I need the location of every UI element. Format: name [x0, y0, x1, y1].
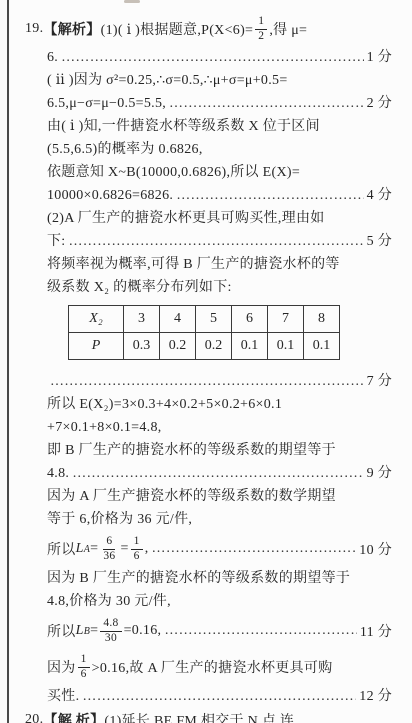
solution-line: 10000×0.6826=6826. …………………………………………………………	[47, 184, 392, 207]
question-number: 19.	[25, 21, 43, 37]
line-text: 所以	[47, 621, 76, 641]
solution-line: 因为 A 厂生产搪瓷水杯的等级系数的数学期望	[47, 485, 392, 508]
line-text: ,	[145, 541, 149, 557]
table-cell: 0.3	[124, 333, 160, 360]
table-cell: 0.1	[232, 333, 268, 360]
fraction-numerator: 1	[78, 653, 90, 668]
solution-line: 由( ⅰ )知,一件搪瓷水杯等级系数 X 位于区间	[47, 115, 392, 138]
dot-leader: ……………………………………………………………………………………………………	[61, 46, 363, 69]
solution-line: 级系数 X₂ 的概率分布列如下:	[47, 276, 392, 299]
table-cell: 4	[160, 306, 196, 333]
solution-line: 即 B 厂生产的搪瓷水杯的等级系数的期望等于	[47, 439, 392, 462]
equals-sign: =	[90, 541, 98, 557]
solution-line: 6. ……………………………………………………………………………………………………	[47, 46, 392, 69]
table-cell: 0.1	[268, 333, 304, 360]
score-marker: 2 分	[367, 92, 392, 115]
dot-leader: ……………………………………………………………………………………………………	[176, 184, 363, 207]
dot-leader: ……………………………………………………………………………………………………	[152, 541, 357, 557]
fraction-denominator: 6	[78, 668, 90, 682]
solution-line: 所以 LA = 6 36 = 1 6 , ……………………………………………………	[47, 531, 392, 567]
line-text: (1)延长 BE,FM 相交于 N 点,连	[104, 710, 294, 723]
probability-distribution-table: X₂ 3 4 5 6 7 8 P 0.3 0.2 0.2 0.1 0.1 0.1	[68, 305, 340, 360]
score-marker: 10 分	[359, 539, 392, 559]
table-cell: 0.2	[196, 333, 232, 360]
solution-line: 4.8. ………………………………………………………………………………………………	[47, 462, 392, 485]
solution-line: …………………………………………………………………………………………………… 7…	[47, 370, 392, 393]
line-text: >0.16,故 A 厂生产的搪瓷水杯更具可购	[92, 657, 333, 677]
table-row-x2: X₂ 3 4 5 6 7 8	[69, 306, 340, 333]
fraction-denominator: 6	[131, 550, 143, 564]
variable: L	[76, 541, 84, 557]
solution-line: 下: ……………………………………………………………………………………………………	[47, 230, 392, 253]
table-row-p: P 0.3 0.2 0.2 0.1 0.1 0.1	[69, 333, 340, 360]
equals-sign: =	[120, 541, 128, 557]
equals-sign: =	[90, 623, 98, 639]
table-cell: 0.2	[160, 333, 196, 360]
line-text: 所以	[47, 539, 76, 559]
analysis-tag: 【解析】	[43, 19, 100, 39]
solution-line: 等于 6,价格为 36 元/件,	[47, 508, 392, 531]
fraction-numerator: 1	[255, 15, 267, 30]
dot-leader: ……………………………………………………………………………………………………	[72, 462, 363, 485]
table-cell: X₂	[69, 306, 124, 333]
line-text: 6.	[47, 46, 58, 69]
dot-leader: ……………………………………………………………………………………………………	[82, 685, 356, 708]
line-text: 下:	[47, 230, 66, 253]
fraction: 6 36	[100, 535, 118, 564]
solution-line: 所以 E(X₂)=3×0.3+4×0.2+5×0.2+6×0.1	[47, 393, 392, 416]
score-marker: 9 分	[367, 462, 392, 485]
solution-19-block: 19. 【解析】 (1)( ⅰ )根据题意,P(X<6)= 1 2 ,得 μ= …	[0, 0, 412, 723]
fraction: 1 6	[78, 653, 90, 682]
line-text: =0.16,	[124, 623, 162, 639]
fraction-denominator: 36	[100, 550, 118, 564]
analysis-tag: 【解 析】	[43, 710, 104, 723]
variable: L	[76, 623, 84, 639]
table-cell: 6	[232, 306, 268, 333]
solution-line: 因为 B 厂生产的搪瓷水杯的等级系数的期望等于	[47, 567, 392, 590]
fraction-numerator: 1	[131, 535, 143, 550]
score-marker: 4 分	[367, 184, 392, 207]
fraction: 4.8 30	[100, 617, 121, 646]
scanned-solution-page: 19. 【解析】 (1)( ⅰ )根据题意,P(X<6)= 1 2 ,得 μ= …	[0, 0, 412, 723]
fraction-denominator: 30	[102, 632, 120, 646]
table-cell: 5	[196, 306, 232, 333]
fraction-numerator: 6	[103, 535, 115, 550]
solution-line: +7×0.1+8×0.1=4.8,	[47, 416, 392, 439]
dot-leader: ……………………………………………………………………………………………………	[50, 370, 364, 393]
table-cell: 8	[304, 306, 340, 333]
solution-line: (2)A 厂生产的搪瓷水杯更具可购买性,理由如	[47, 207, 392, 230]
dot-leader: ……………………………………………………………………………………………………	[69, 230, 364, 253]
solution-line: 19. 【解析】 (1)( ⅰ )根据题意,P(X<6)= 1 2 ,得 μ=	[25, 12, 392, 46]
solution-line: (5.5,6.5)的概率为 0.6826,	[47, 138, 392, 161]
dot-leader: ……………………………………………………………………………………………………	[169, 92, 364, 115]
line-text: 买性.	[47, 685, 79, 708]
question-number: 20.	[25, 712, 43, 723]
line-text: ,得 μ=	[269, 19, 307, 39]
solution-line: 所以 LB = 4.8 30 =0.16, …………………………………………………	[47, 613, 392, 649]
solution-line: ( ⅱ )因为 σ²=0.25,∴σ=0.5,∴μ+σ=μ+0.5=	[47, 69, 392, 92]
score-marker: 5 分	[367, 230, 392, 253]
line-text: 因为	[47, 657, 76, 677]
dot-leader: ……………………………………………………………………………………………………	[164, 623, 357, 639]
line-text: 10000×0.6826=6826.	[47, 184, 173, 207]
fraction: 1 6	[131, 535, 143, 564]
table-cell: 0.1	[304, 333, 340, 360]
score-marker: 12 分	[359, 685, 392, 708]
table-cell: 3	[124, 306, 160, 333]
score-marker: 7 分	[367, 370, 392, 393]
line-text: 4.8.	[47, 462, 69, 485]
fraction: 1 2	[255, 15, 267, 44]
solution-line: 因为 1 6 >0.16,故 A 厂生产的搪瓷水杯更具可购	[47, 649, 392, 685]
table-cell: 7	[268, 306, 304, 333]
solution-20-first-line: 20. 【解 析】 (1)延长 BE,FM 相交于 N 点,连	[25, 708, 392, 723]
fraction-denominator: 2	[255, 30, 267, 44]
solution-line: 买性. …………………………………………………………………………………………………	[47, 685, 392, 708]
line-text: 6.5,μ−σ=μ−0.5=5.5,	[47, 92, 166, 115]
solution-line: 依题意知 X~B(10000,0.6826),所以 E(X)=	[47, 161, 392, 184]
solution-line: 6.5,μ−σ=μ−0.5=5.5, …………………………………………………………	[47, 92, 392, 115]
solution-line: 4.8,价格为 30 元/件,	[47, 590, 392, 613]
score-marker: 11 分	[360, 621, 392, 641]
table-cell: P	[69, 333, 124, 360]
line-text: (1)( ⅰ )根据题意,P(X<6)=	[101, 19, 254, 39]
fraction-numerator: 4.8	[100, 617, 121, 632]
solution-line: 将频率视为概率,可得 B 厂生产的搪瓷水杯的等	[47, 253, 392, 276]
score-marker: 1 分	[367, 46, 392, 69]
